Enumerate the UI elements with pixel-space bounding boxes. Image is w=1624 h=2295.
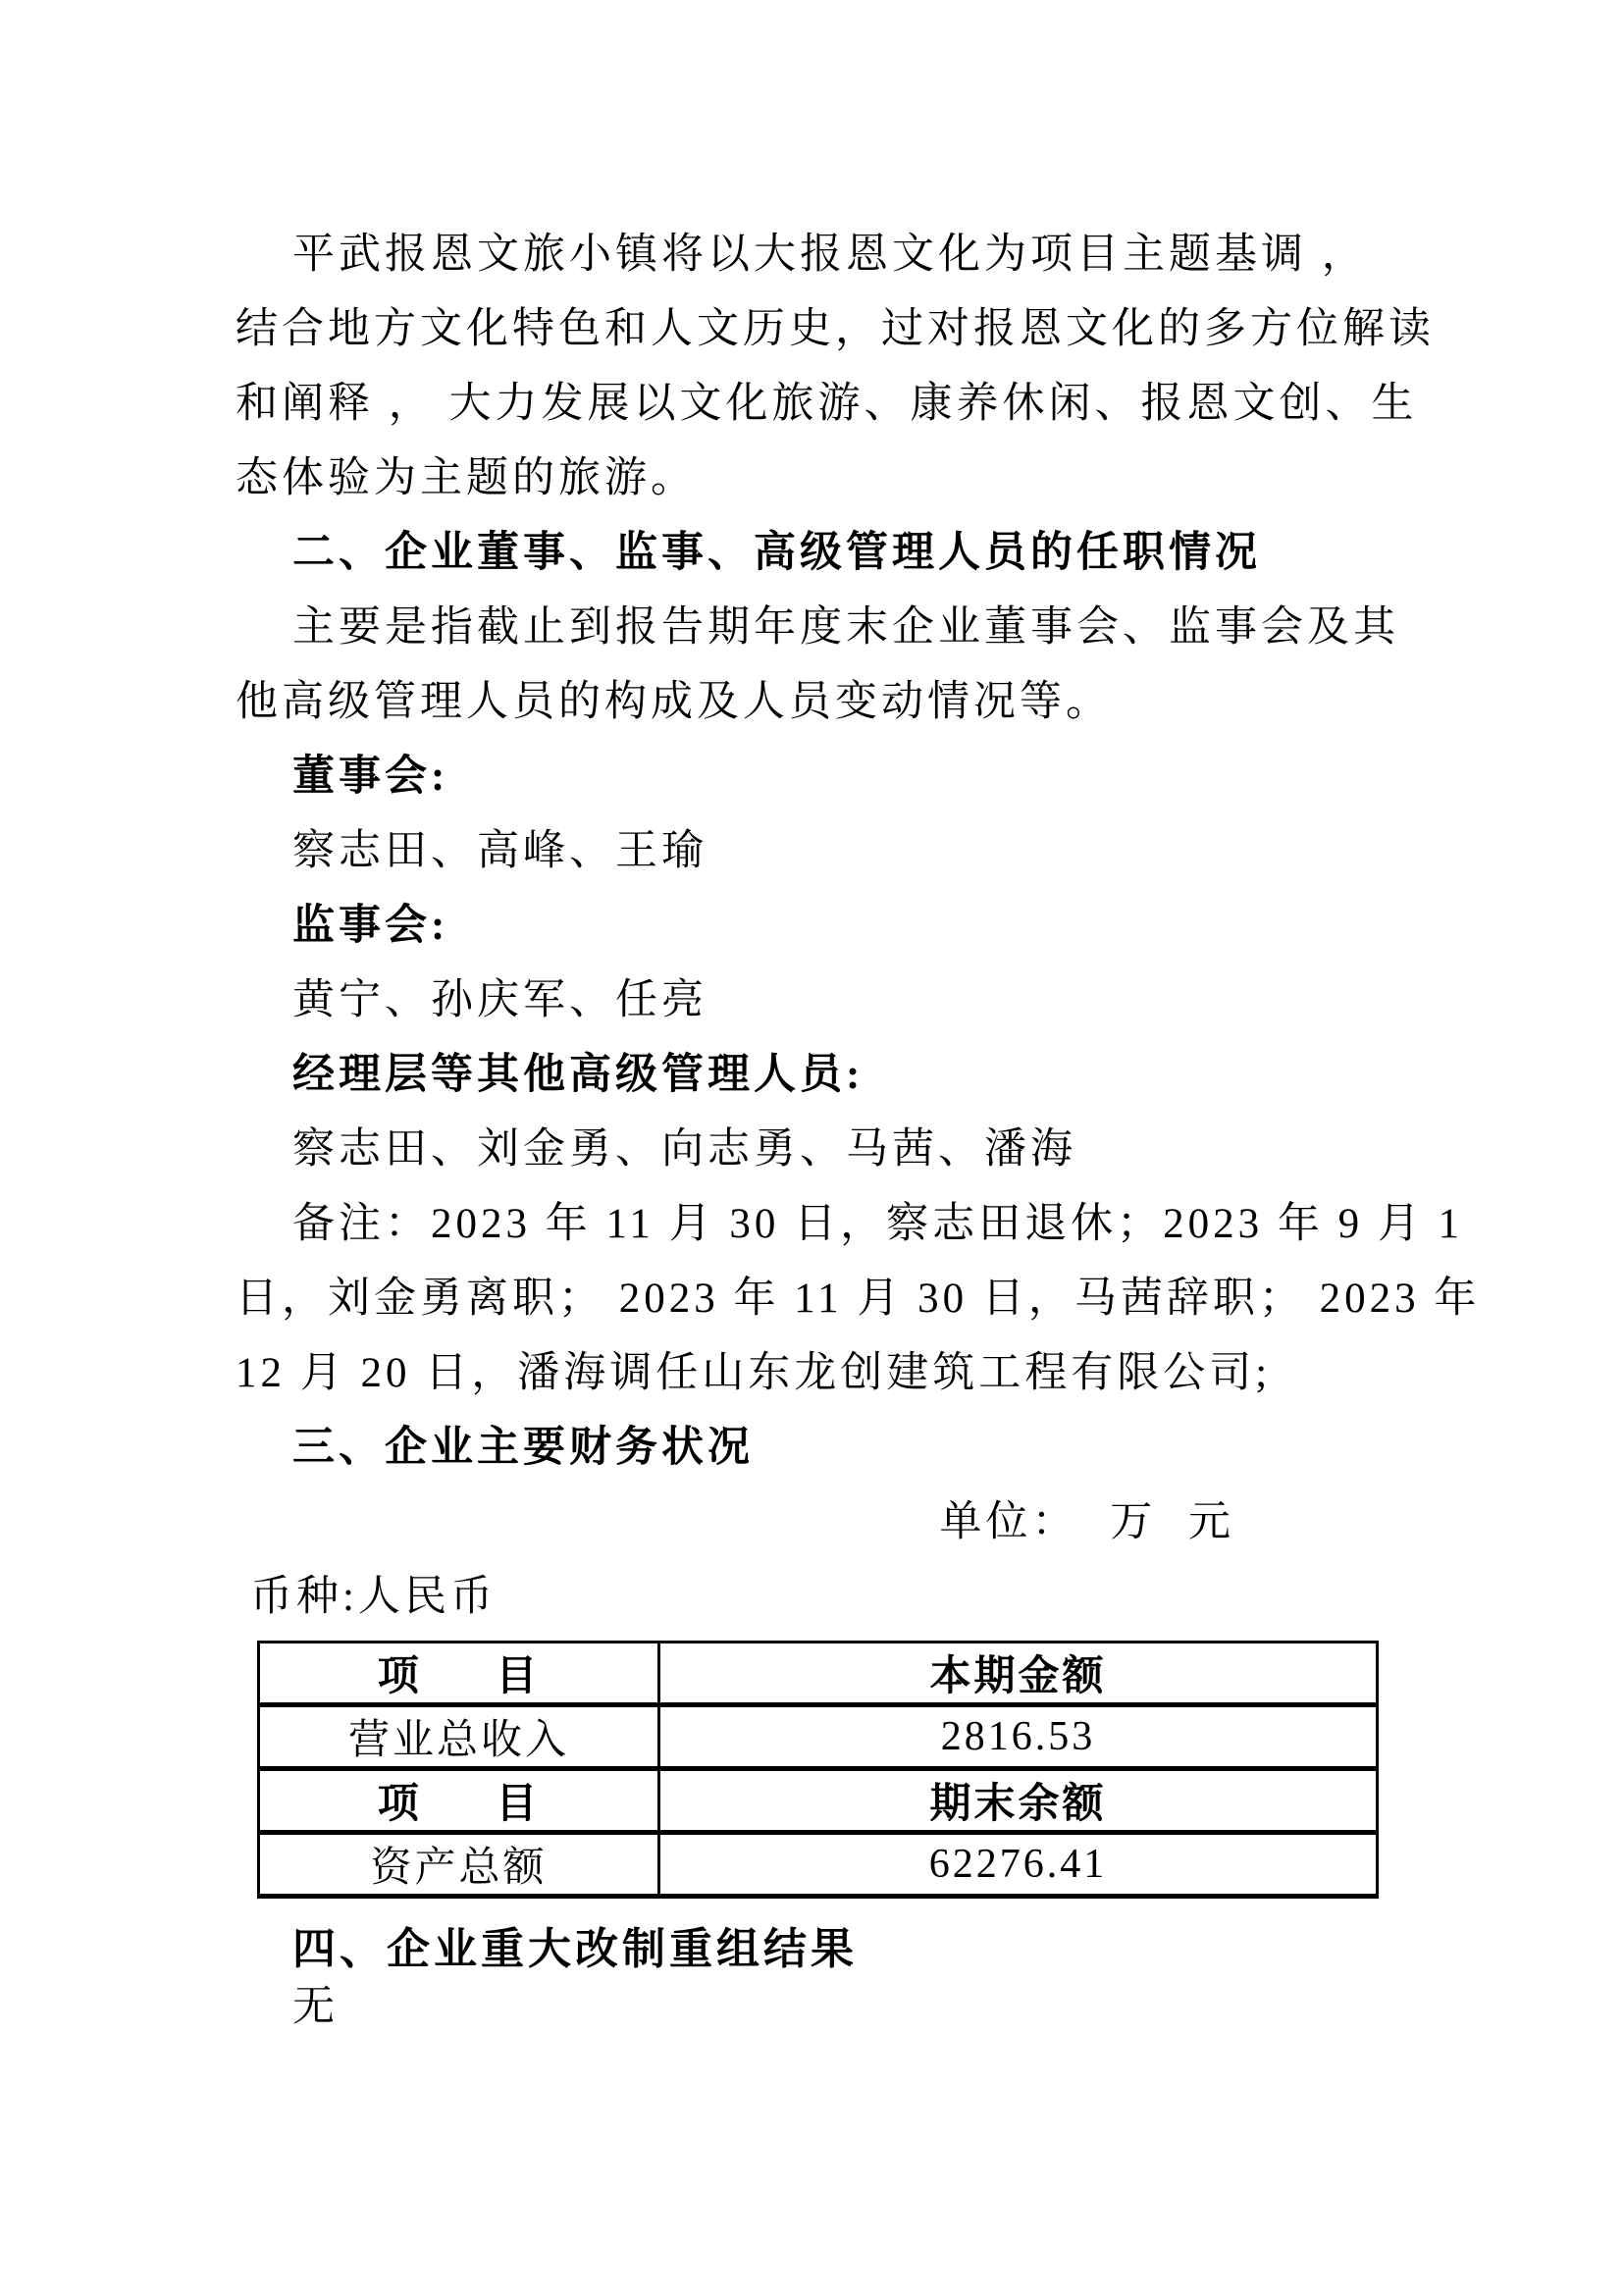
financial-table: 项 目 本期金额 营业总收入 2816.53 项 目 期末余额 资产总额 622… <box>257 1641 1379 1899</box>
table-cell-revenue-value: 2816.53 <box>659 1705 1378 1769</box>
remark-line-3: 12 月 20 日，潘海调任山东龙创建筑工程有限公司; <box>236 1336 1514 1411</box>
section2-intro-line-2: 他高级管理人员的构成及人员变动情况等。 <box>236 665 1514 740</box>
supervisory-label: 监事会: <box>236 889 1514 964</box>
table-header-current-amount: 本期金额 <box>659 1643 1378 1705</box>
document-page: 平武报恩文旅小镇将以大报恩文化为项目主题基调 ， 结合地方文化特色和人文历史，过… <box>0 0 1624 2295</box>
unit-note: 单位： 万 元 <box>236 1486 1514 1560</box>
table-header-item: 项 目 <box>259 1643 659 1705</box>
para1-line-2: 结合地方文化特色和人文历史，过对报恩文化的多方位解读 <box>236 292 1514 367</box>
management-members: 察志田、刘金勇、向志勇、马茜、潘海 <box>236 1113 1514 1187</box>
section4-heading: 四、企业重大改制重组结果 <box>236 1920 1514 1979</box>
page-content: 平武报恩文旅小镇将以大报恩文化为项目主题基调 ， 结合地方文化特色和人文历史，过… <box>236 218 1514 2036</box>
table-header-row-current: 项 目 本期金额 <box>259 1643 1378 1705</box>
remark-line-1: 备注：2023 年 11 月 30 日，察志田退休；2023 年 9 月 1 <box>236 1187 1514 1262</box>
table-header-item-2: 项 目 <box>259 1769 659 1833</box>
section4-content: 无 <box>236 1979 1514 2036</box>
supervisory-members: 黄宁、孙庆军、任亮 <box>236 964 1514 1038</box>
table-header-ending-balance: 期末余额 <box>659 1769 1378 1833</box>
table-row-revenue: 营业总收入 2816.53 <box>259 1705 1378 1769</box>
table-header-row-ending: 项 目 期末余额 <box>259 1769 1378 1833</box>
section2-heading: 二、企业董事、监事、高级管理人员的任职情况 <box>236 516 1514 591</box>
board-members: 察志田、高峰、王瑜 <box>236 814 1514 889</box>
para1-line-3: 和阐释 ， 大力发展以文化旅游、康养休闲、报恩文创、生 <box>236 367 1514 442</box>
remark-line-2: 日，刘金勇离职； 2023 年 11 月 30 日，马茜辞职； 2023 年 <box>236 1262 1514 1336</box>
section3-heading: 三、企业主要财务状况 <box>236 1411 1514 1486</box>
table-cell-assets-value: 62276.41 <box>659 1833 1378 1897</box>
table-row-assets: 资产总额 62276.41 <box>259 1833 1378 1897</box>
para1-line-4: 态体验为主题的旅游。 <box>236 442 1514 516</box>
table-cell-revenue-label: 营业总收入 <box>259 1705 659 1769</box>
section2-intro-line-1: 主要是指截止到报告期年度末企业董事会、监事会及其 <box>236 591 1514 665</box>
para1-line-1: 平武报恩文旅小镇将以大报恩文化为项目主题基调 ， <box>236 218 1514 292</box>
currency-note: 币种:人民币 <box>236 1560 1514 1635</box>
board-label: 董事会: <box>236 740 1514 814</box>
table-cell-assets-label: 资产总额 <box>259 1833 659 1897</box>
management-label: 经理层等其他高级管理人员: <box>236 1038 1514 1113</box>
